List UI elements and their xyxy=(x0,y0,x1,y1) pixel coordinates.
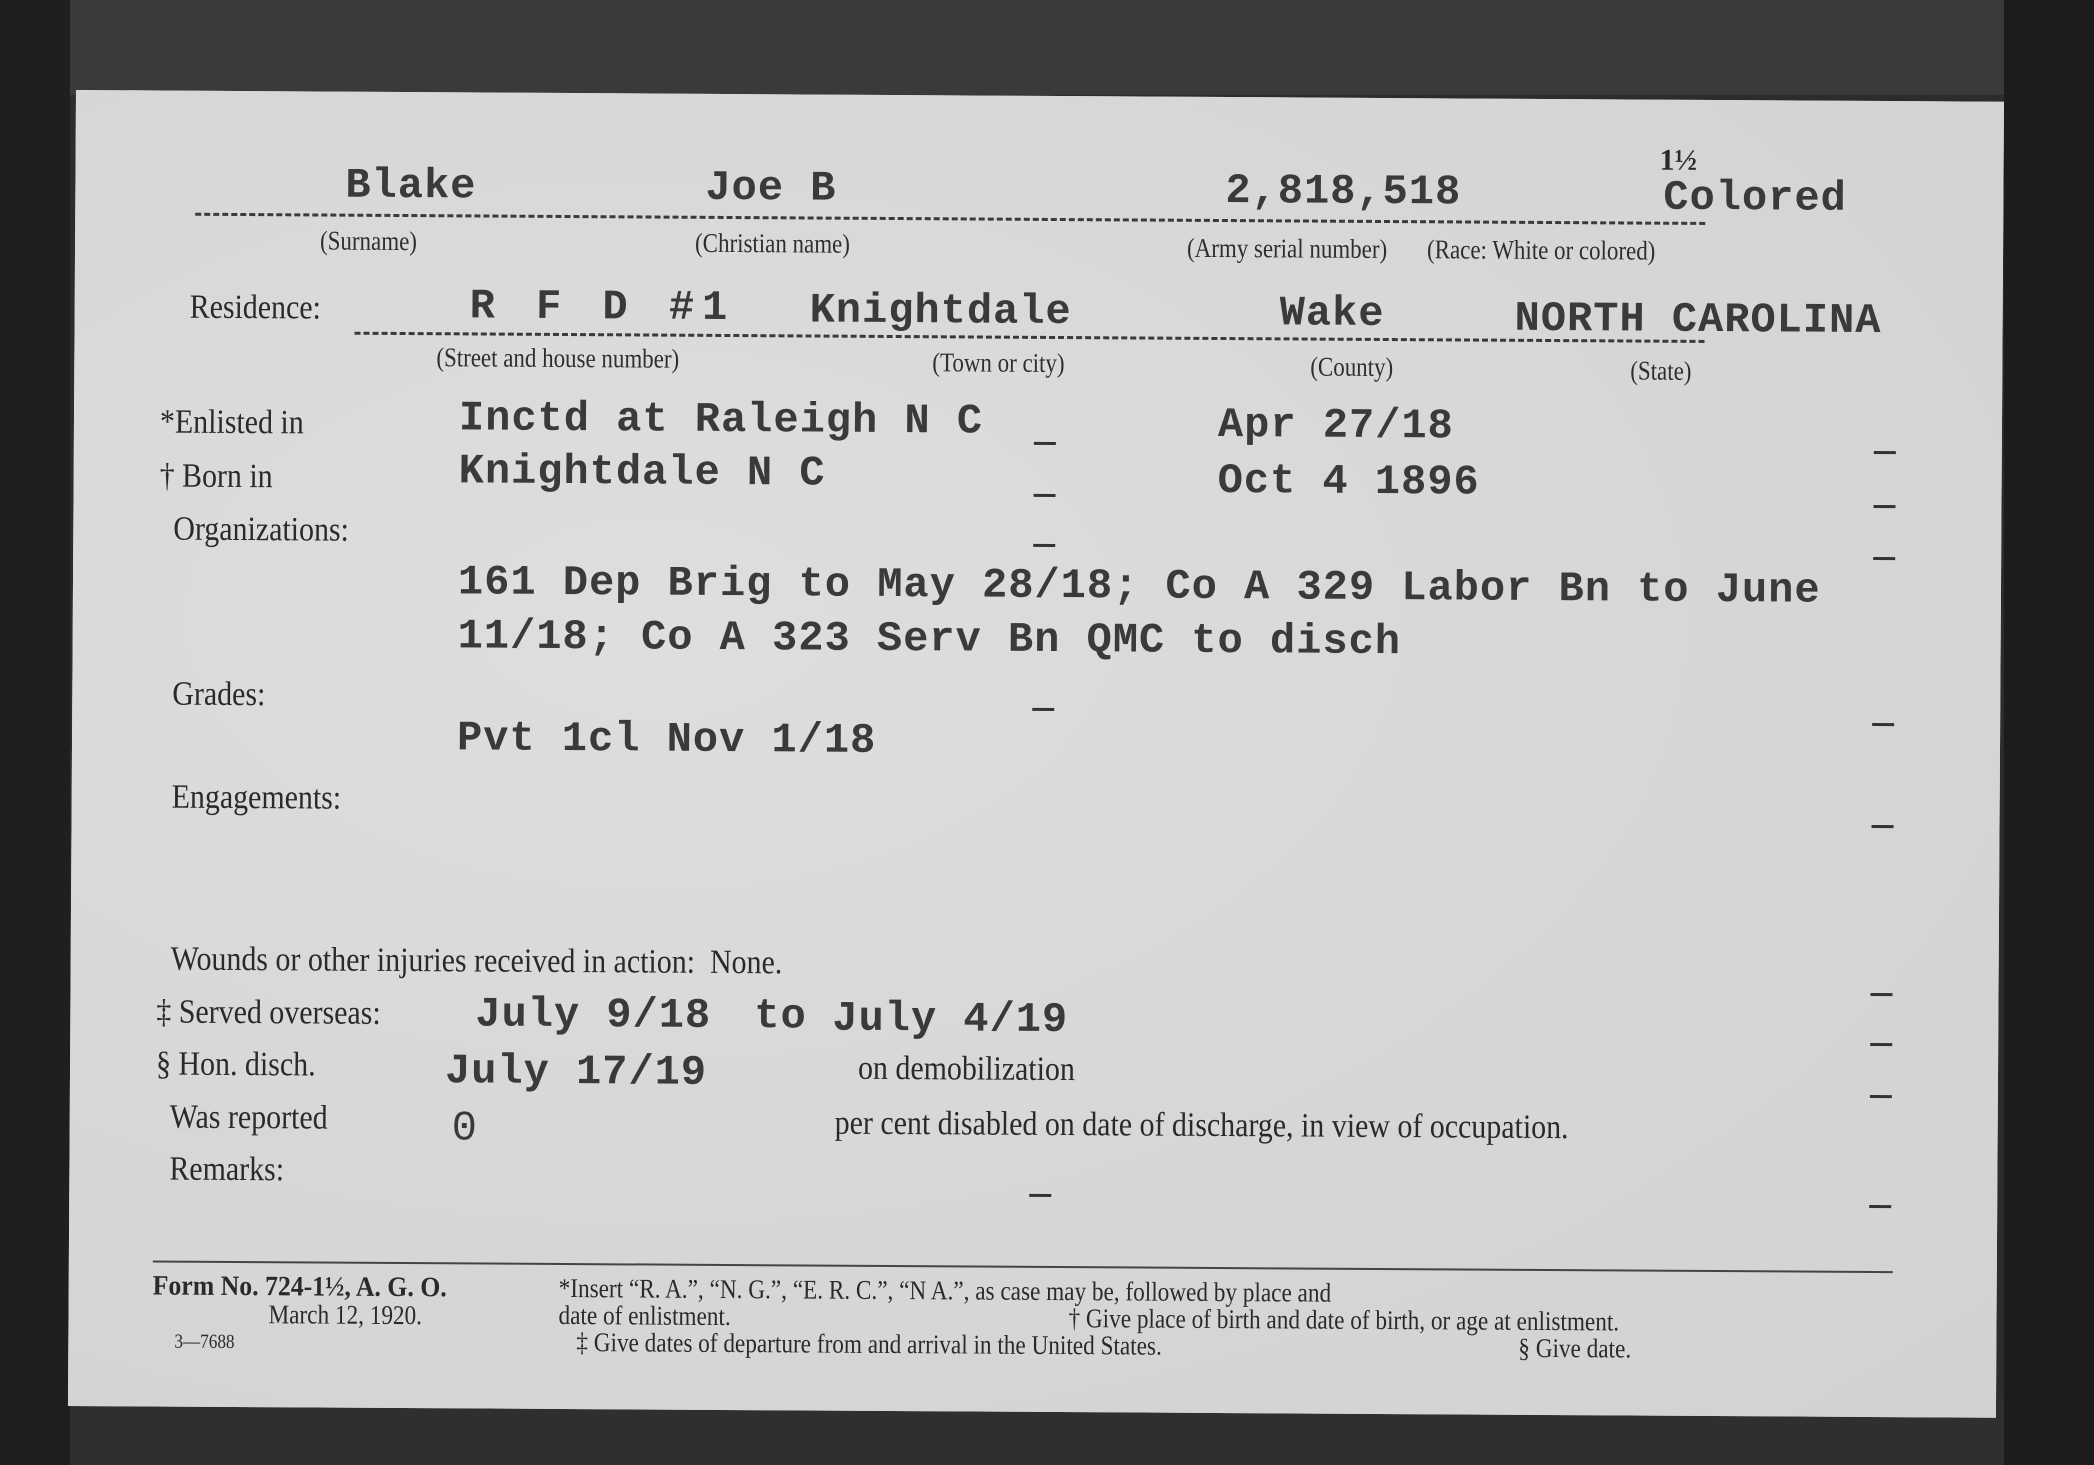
field-dash xyxy=(1872,723,1894,726)
wounds-value: None. xyxy=(710,944,783,981)
enlisted-date-value: Apr 27/18 xyxy=(1218,401,1454,450)
residence-state-value: NORTH CAROLINA xyxy=(1514,295,1881,345)
county-caption: (County) xyxy=(1310,352,1393,384)
scan-border-top xyxy=(70,0,2004,95)
scan-border-left xyxy=(0,0,70,1465)
field-dash xyxy=(1872,825,1894,828)
scan-border-right xyxy=(2004,0,2094,1465)
field-dash xyxy=(1874,451,1896,454)
field-dash xyxy=(1029,1194,1051,1197)
race-caption: (Race: White or colored) xyxy=(1427,234,1656,266)
served-overseas-from: July 9/18 xyxy=(475,990,711,1039)
footnote-discharge: § Give date. xyxy=(1518,1333,1631,1365)
surname-value: Blake xyxy=(345,162,476,211)
was-reported-suffix: per cent disabled on date of discharge, … xyxy=(835,1105,1569,1147)
remarks-label: Remarks: xyxy=(169,1151,284,1190)
field-dash xyxy=(1869,1205,1891,1208)
residence-label: Residence: xyxy=(190,289,322,328)
print-code: 3—7688 xyxy=(174,1331,234,1354)
field-dash xyxy=(1032,708,1054,711)
service-record-card: 1½ Blake Joe B 2,818,518 Colored (Surnam… xyxy=(68,90,2004,1418)
field-dash xyxy=(1873,557,1895,560)
residence-county-value: Wake xyxy=(1280,289,1385,338)
hon-disch-suffix: on demobilization xyxy=(858,1050,1075,1089)
wounds-label: Wounds or other injuries received in act… xyxy=(171,941,783,983)
served-overseas-to-word: to xyxy=(754,992,807,1040)
name-row-line xyxy=(195,213,1705,225)
born-date-value: Oct 4 1896 xyxy=(1217,457,1479,507)
organizations-line-2: 11/18; Co A 323 Serv Bn QMC to disch xyxy=(458,612,1402,666)
born-label: † Born in xyxy=(160,458,273,497)
field-dash xyxy=(1873,505,1895,508)
was-reported-label: Was reported xyxy=(170,1099,328,1138)
christian-name-value: Joe B xyxy=(705,164,836,213)
born-place-value: Knightdale N C xyxy=(459,447,826,497)
street-caption: (Street and house number) xyxy=(436,342,679,374)
hon-disch-date: July 17/19 xyxy=(445,1047,707,1097)
served-overseas-label: ‡ Served overseas: xyxy=(156,994,381,1033)
grades-value: Pvt 1cl Nov 1/18 xyxy=(457,714,877,765)
organizations-label: Organizations: xyxy=(173,511,349,550)
engagements-label: Engagements: xyxy=(172,779,342,818)
state-caption: (State) xyxy=(1630,356,1691,387)
field-dash xyxy=(1034,494,1056,497)
residence-town-value: Knightdale xyxy=(810,286,1072,336)
field-dash xyxy=(1870,1043,1892,1046)
form-date: March 12, 1920. xyxy=(268,1299,422,1331)
field-dash xyxy=(1034,442,1056,445)
christian-name-caption: (Christian name) xyxy=(695,228,850,260)
residence-street-value: R F D #1 xyxy=(470,282,736,332)
enlisted-place-value: Inctd at Raleigh N C xyxy=(459,394,983,445)
served-overseas-to: July 4/19 xyxy=(832,995,1068,1044)
serial-caption: (Army serial number) xyxy=(1187,233,1387,265)
field-dash xyxy=(1033,544,1055,547)
serial-number-value: 2,818,518 xyxy=(1225,167,1461,216)
race-value: Colored xyxy=(1663,174,1847,223)
grades-label: Grades: xyxy=(172,676,265,715)
town-caption: (Town or city) xyxy=(932,347,1064,379)
surname-caption: (Surname) xyxy=(320,225,417,257)
field-dash xyxy=(1870,1095,1892,1098)
hon-disch-label: § Hon. disch. xyxy=(156,1046,316,1085)
organizations-line-1: 161 Dep Brig to May 28/18; Co A 329 Labo… xyxy=(458,558,1821,614)
enlisted-label: *Enlisted in xyxy=(160,404,304,443)
field-dash xyxy=(1870,993,1892,996)
was-reported-value: 0 xyxy=(452,1104,479,1152)
footnote-overseas: ‡ Give dates of departure from and arriv… xyxy=(576,1327,1162,1362)
